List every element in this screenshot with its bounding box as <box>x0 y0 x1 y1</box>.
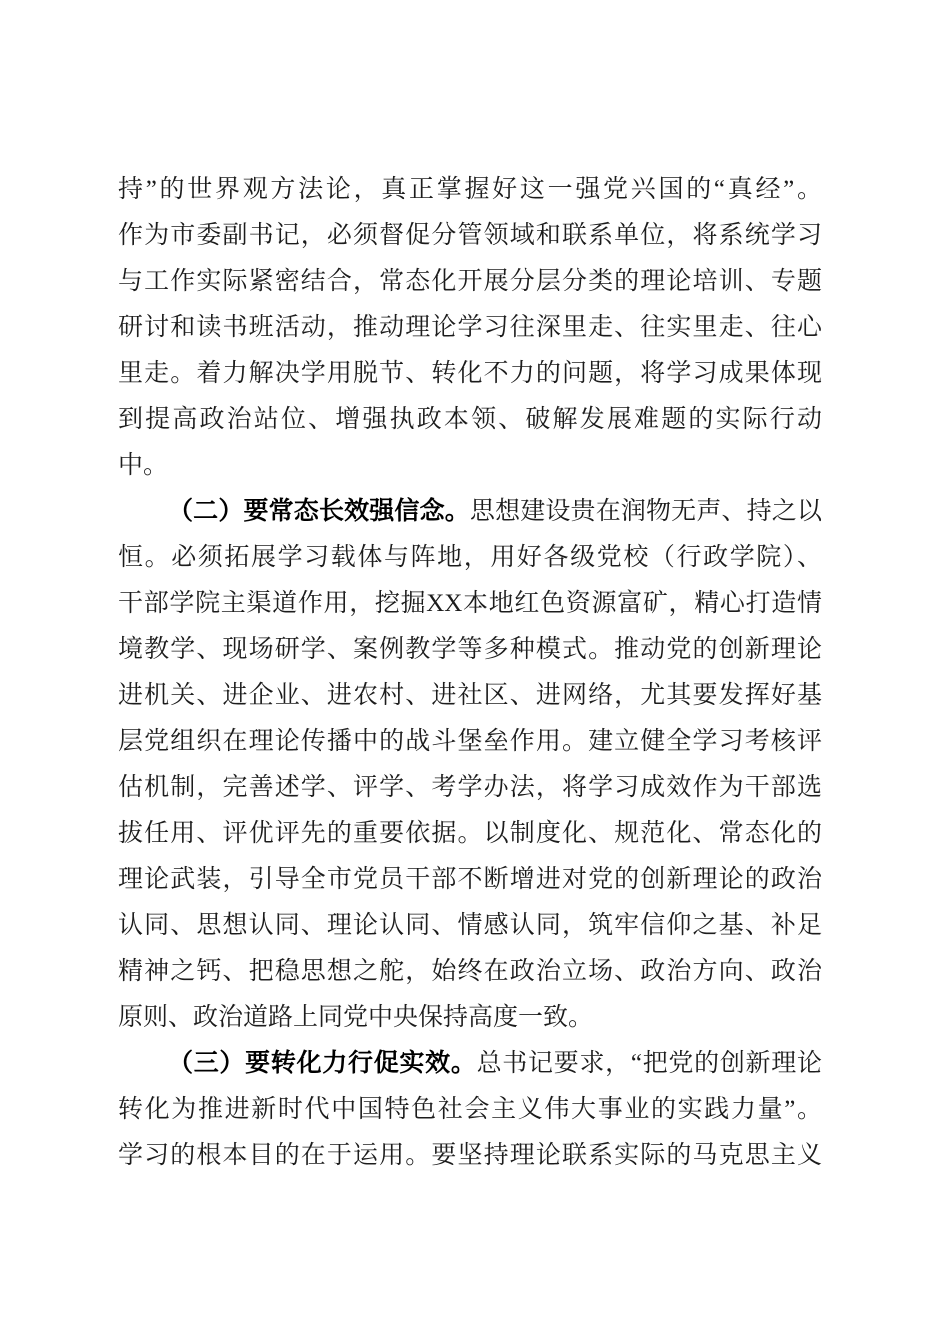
text-line: 认同、思想认同、理论认同、情感认同，筑牢信仰之基、补足 <box>118 903 822 949</box>
text-line: 转化为推进新时代中国特色社会主义伟大事业的实践力量”。 <box>118 1087 822 1133</box>
text-line: 拔任用、评优评先的重要依据。以制度化、规范化、常态化的 <box>118 811 822 857</box>
paragraph-section-2: （二）要常态长效强信念。思想建设贵在润物无声、持之以恒。必须拓展学习载体与阵地，… <box>118 489 822 1041</box>
text-segment: 里走。着力解决学用脱节、转化不力的问题，将学习成果体现 <box>118 360 822 387</box>
text-segment: 估机制，完善述学、评学、考学办法，将学习成效作为干部选 <box>118 774 822 801</box>
text-segment: 干部学院主渠道作用，挖掘XX本地红色资源富矿，精心打造情 <box>118 590 822 617</box>
text-line: 境教学、现场研学、案例教学等多种模式。推动党的创新理论 <box>118 627 822 673</box>
text-segment: 境教学、现场研学、案例教学等多种模式。推动党的创新理论 <box>118 636 822 663</box>
text-segment: 恒。必须拓展学习载体与阵地，用好各级党校（行政学院）、 <box>118 544 822 571</box>
text-segment: 理论武装，引导全市党员干部不断增进对党的创新理论的政治 <box>118 866 822 893</box>
text-segment: 到提高政治站位、增强执政本领、破解发展难题的实际行动 <box>118 406 822 433</box>
text-line: 干部学院主渠道作用，挖掘XX本地红色资源富矿，精心打造情 <box>118 581 822 627</box>
paragraph-continuation: 持”的世界观方法论，真正掌握好这一强党兴国的“真经”。作为市委副书记，必须督促分… <box>118 167 822 489</box>
text-segment: 原则、政治道路上同党中央保持高度一致。 <box>118 1004 593 1031</box>
text-line: 进机关、进企业、进农村、进社区、进网络，尤其要发挥好基 <box>118 673 822 719</box>
text-line: 中。 <box>118 443 822 489</box>
text-line: 与工作实际紧密结合，常态化开展分层分类的理论培训、专题 <box>118 259 822 305</box>
text-segment: 作为市委副书记，必须督促分管领域和联系单位，将系统学习 <box>118 222 822 249</box>
text-segment: 思想建设贵在润物无声、持之以 <box>470 498 822 525</box>
text-line: 原则、政治道路上同党中央保持高度一致。 <box>118 995 822 1041</box>
text-segment: 进机关、进企业、进农村、进社区、进网络，尤其要发挥好基 <box>118 682 822 709</box>
text-line: 到提高政治站位、增强执政本领、破解发展难题的实际行动 <box>118 397 822 443</box>
text-segment: 中。 <box>118 452 168 479</box>
bold-text-segment: （三）要转化力行促实效。 <box>168 1050 477 1077</box>
text-line: （三）要转化力行促实效。总书记要求，“把党的创新理论 <box>118 1041 822 1087</box>
text-segment: 认同、思想认同、理论认同、情感认同，筑牢信仰之基、补足 <box>118 912 822 939</box>
text-segment: 精神之钙、把稳思想之舵，始终在政治立场、政治方向、政治 <box>118 958 822 985</box>
text-segment: 层党组织在理论传播中的战斗堡垒作用。建立健全学习考核评 <box>118 728 822 755</box>
text-line: 恒。必须拓展学习载体与阵地，用好各级党校（行政学院）、 <box>118 535 822 581</box>
text-line: 研讨和读书班活动，推动理论学习往深里走、往实里走、往心 <box>118 305 822 351</box>
text-line: 作为市委副书记，必须督促分管领域和联系单位，将系统学习 <box>118 213 822 259</box>
text-line: 理论武装，引导全市党员干部不断增进对党的创新理论的政治 <box>118 857 822 903</box>
text-segment: 拔任用、评优评先的重要依据。以制度化、规范化、常态化的 <box>118 820 822 847</box>
text-segment: 总书记要求，“把党的创新理论 <box>477 1050 822 1077</box>
bold-text-segment: （二）要常态长效强信念。 <box>168 498 470 525</box>
text-segment: 转化为推进新时代中国特色社会主义伟大事业的实践力量”。 <box>118 1096 822 1123</box>
text-segment: 与工作实际紧密结合，常态化开展分层分类的理论培训、专题 <box>118 268 822 295</box>
document-body: 持”的世界观方法论，真正掌握好这一强党兴国的“真经”。作为市委副书记，必须督促分… <box>118 167 822 1179</box>
text-line: （二）要常态长效强信念。思想建设贵在润物无声、持之以 <box>118 489 822 535</box>
document-page: 持”的世界观方法论，真正掌握好这一强党兴国的“真经”。作为市委副书记，必须督促分… <box>0 0 950 1344</box>
text-segment: 持”的世界观方法论，真正掌握好这一强党兴国的“真经”。 <box>118 176 822 203</box>
text-line: 学习的根本目的在于运用。要坚持理论联系实际的马克思主义 <box>118 1133 822 1179</box>
text-segment: 学习的根本目的在于运用。要坚持理论联系实际的马克思主义 <box>118 1142 822 1169</box>
text-line: 估机制，完善述学、评学、考学办法，将学习成效作为干部选 <box>118 765 822 811</box>
paragraph-section-3: （三）要转化力行促实效。总书记要求，“把党的创新理论转化为推进新时代中国特色社会… <box>118 1041 822 1179</box>
text-line: 里走。着力解决学用脱节、转化不力的问题，将学习成果体现 <box>118 351 822 397</box>
text-line: 精神之钙、把稳思想之舵，始终在政治立场、政治方向、政治 <box>118 949 822 995</box>
text-segment: 研讨和读书班活动，推动理论学习往深里走、往实里走、往心 <box>118 314 822 341</box>
text-line: 持”的世界观方法论，真正掌握好这一强党兴国的“真经”。 <box>118 167 822 213</box>
text-line: 层党组织在理论传播中的战斗堡垒作用。建立健全学习考核评 <box>118 719 822 765</box>
